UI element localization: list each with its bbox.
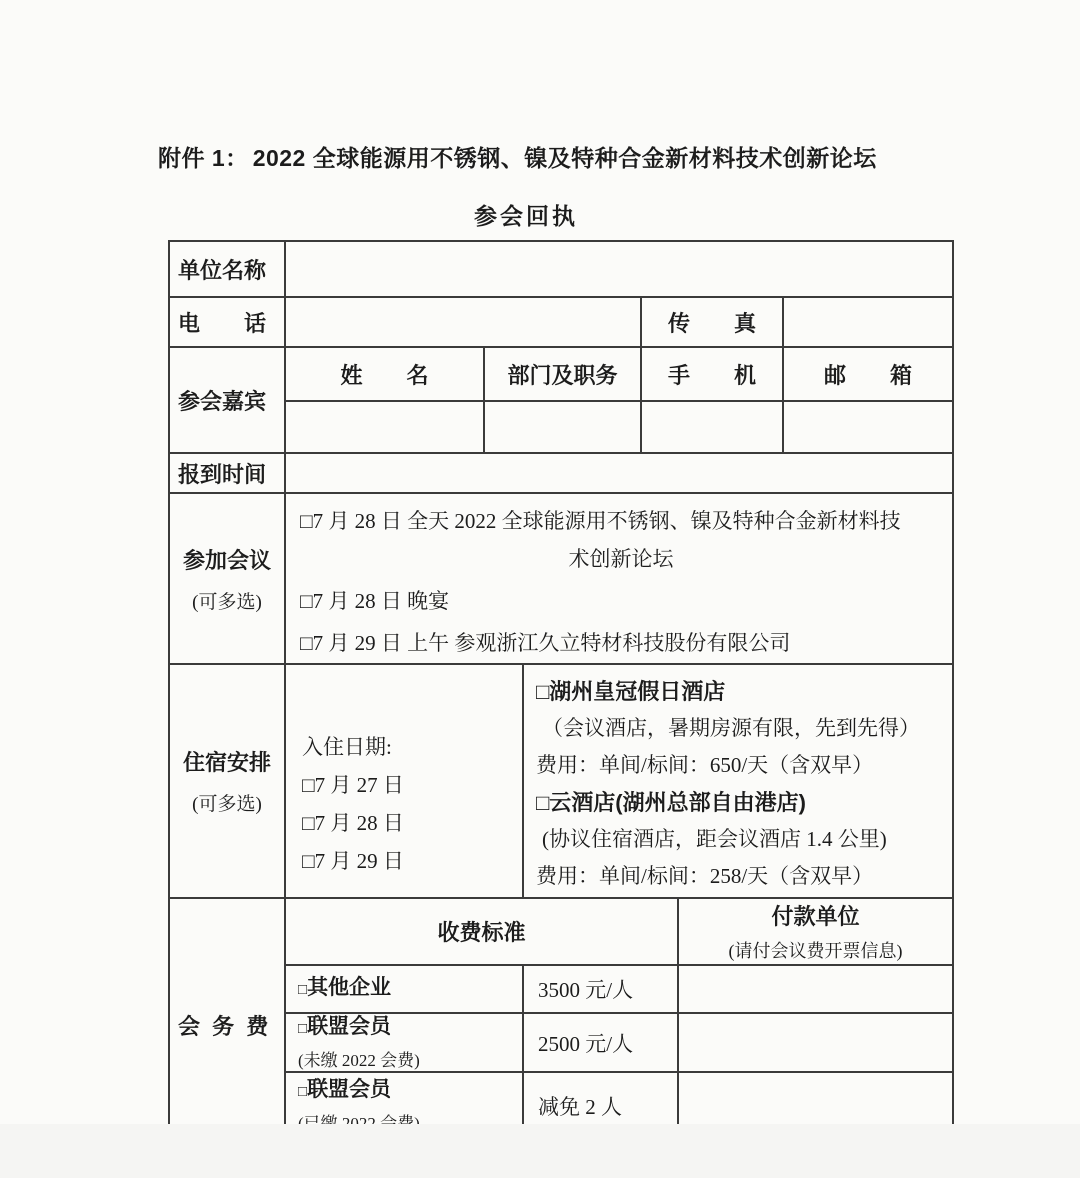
payer-header-text: 付款单位 [772, 904, 860, 929]
date-jul28-checkbox[interactable]: □7 月 28 日 [302, 804, 522, 842]
sessions-options: □7 月 28 日 全天 2022 全球能源用不锈钢、镍及特种合金新材料技 术创… [285, 493, 953, 664]
fee-member-unpaid-note: (未缴 2022 会费) [298, 1046, 522, 1071]
fee-member-unpaid-price: 2500 元/人 [523, 1013, 678, 1072]
hotel1-price: 费用：单间/标间：650/天（含双早） [536, 747, 946, 784]
fee-member-paid-note: (已缴 2022 会费) [298, 1109, 522, 1124]
row-checkin-time: 报到时间 [169, 453, 953, 493]
checkin-time-field[interactable] [285, 453, 953, 493]
fee-standard-header: 收费标准 [285, 898, 678, 965]
guest-name-field[interactable] [285, 401, 484, 453]
fax-field[interactable] [783, 297, 953, 347]
session-option-dinner-checkbox[interactable]: □7 月 28 日 晚宴 [300, 587, 942, 615]
checkin-dates-label: 入住日期: [302, 728, 522, 766]
sessions-sublabel: (可多选) [170, 587, 284, 614]
fee-member-unpaid-payer-field[interactable] [678, 1013, 953, 1072]
row-fee-member-unpaid: □联盟会员 (未缴 2022 会费) 2500 元/人 [169, 1013, 953, 1072]
row-guest-entry [169, 401, 953, 453]
fee-member-paid-payer-field[interactable] [678, 1072, 953, 1124]
scanned-form-page: 附件 1：2022 全球能源用不锈钢、镍及特种合金新材料技术创新论坛 参会回执 … [0, 0, 1080, 1178]
hotel2-note: (协议住宿酒店，距会议酒店 1.4 公里) [536, 821, 946, 858]
accommodation-label: 住宿安排 (可多选) [169, 664, 285, 898]
col-header-dept: 部门及职务 [484, 347, 641, 401]
guests-label: 参会嘉宾 [169, 347, 285, 453]
hotel2-checkbox[interactable]: □云酒店(湖州总部自由港店) [536, 784, 946, 821]
row-guest-header: 参会嘉宾 姓 名 部门及职务 手 机 邮 箱 [169, 347, 953, 401]
document-title: 附件 1：2022 全球能源用不锈钢、镍及特种合金新材料技术创新论坛 [158, 140, 877, 173]
fee-member-paid-cell: □联盟会员 (已缴 2022 会费) [285, 1072, 523, 1124]
col-header-name: 姓 名 [285, 347, 484, 401]
unit-name-field[interactable] [285, 241, 953, 297]
guest-email-field[interactable] [783, 401, 953, 453]
sessions-label-text: 参加会议 [183, 548, 271, 573]
form-subtitle: 参会回执 [168, 198, 884, 231]
phone-field[interactable] [285, 297, 641, 347]
fee-other-price: 3500 元/人 [523, 965, 678, 1013]
accommodation-label-text: 住宿安排 [183, 750, 271, 775]
phone-label: 电 话 [169, 297, 285, 347]
session-option-forum-checkbox[interactable]: □7 月 28 日 全天 2022 全球能源用不锈钢、镍及特种合金新材料技 [300, 507, 942, 535]
fees-label: 会 务 费 [169, 898, 285, 1124]
guest-dept-field[interactable] [484, 401, 641, 453]
fee-member-paid-price: 减免 2 人 [523, 1072, 678, 1124]
date-jul27-checkbox[interactable]: □7 月 27 日 [302, 766, 522, 804]
row-fee-other: □其他企业 3500 元/人 [169, 965, 953, 1013]
checkin-dates: 入住日期: □7 月 27 日 □7 月 28 日 □7 月 29 日 [285, 664, 523, 898]
fee-member-paid-checkbox[interactable]: □联盟会员 [298, 1077, 522, 1105]
col-header-email: 邮 箱 [783, 347, 953, 401]
fee-other-payer-field[interactable] [678, 965, 953, 1013]
fee-other-checkbox[interactable]: □其他企业 [298, 975, 522, 1003]
sessions-label: 参加会议 (可多选) [169, 493, 285, 664]
forum-title: 2022 全球能源用不锈钢、镍及特种合金新材料技术创新论坛 [253, 145, 877, 171]
scan-bottom-edge [0, 1124, 1080, 1178]
row-unit-name: 单位名称 [169, 241, 953, 297]
payer-header: 付款单位 (请付会议费开票信息) [678, 898, 953, 965]
hotel1-note: （会议酒店，暑期房源有限，先到先得） [536, 710, 946, 747]
registration-table-wrap: 单位名称 电 话 传 真 参会嘉宾 姓 名 部门及职务 手 机 邮 箱 [168, 240, 956, 1124]
session-option-visit-checkbox[interactable]: □7 月 29 日 上午 参观浙江久立特材科技股份有限公司 [300, 629, 942, 657]
fee-other-cell: □其他企业 [285, 965, 523, 1013]
unit-name-label: 单位名称 [169, 241, 285, 297]
session-option-forum-cont: 术创新论坛 [300, 545, 942, 573]
checkin-time-label: 报到时间 [169, 453, 285, 493]
col-header-mobile: 手 机 [641, 347, 783, 401]
fee-member-unpaid-cell: □联盟会员 (未缴 2022 会费) [285, 1013, 523, 1072]
fax-label: 传 真 [641, 297, 783, 347]
fee-member-unpaid-checkbox[interactable]: □联盟会员 [298, 1014, 522, 1042]
hotel-options: □湖州皇冠假日酒店 （会议酒店，暑期房源有限，先到先得） 费用：单间/标间：65… [523, 664, 953, 898]
row-accommodation: 住宿安排 (可多选) 入住日期: □7 月 27 日 □7 月 28 日 □7 … [169, 664, 953, 898]
guest-mobile-field[interactable] [641, 401, 783, 453]
row-phone-fax: 电 话 传 真 [169, 297, 953, 347]
hotel2-price: 费用：单间/标间：258/天（含双早） [536, 858, 946, 895]
row-sessions: 参加会议 (可多选) □7 月 28 日 全天 2022 全球能源用不锈钢、镍及… [169, 493, 953, 664]
row-fee-member-paid: □联盟会员 (已缴 2022 会费) 减免 2 人 [169, 1072, 953, 1124]
attachment-label: 附件 1： [158, 145, 249, 171]
accommodation-sublabel: (可多选) [170, 789, 284, 816]
payer-header-note: (请付会议费开票信息) [679, 937, 952, 963]
hotel1-checkbox[interactable]: □湖州皇冠假日酒店 [536, 673, 946, 710]
row-fees-header: 会 务 费 收费标准 付款单位 (请付会议费开票信息) [169, 898, 953, 965]
registration-form-table: 单位名称 电 话 传 真 参会嘉宾 姓 名 部门及职务 手 机 邮 箱 [168, 240, 954, 1124]
date-jul29-checkbox[interactable]: □7 月 29 日 [302, 842, 522, 880]
